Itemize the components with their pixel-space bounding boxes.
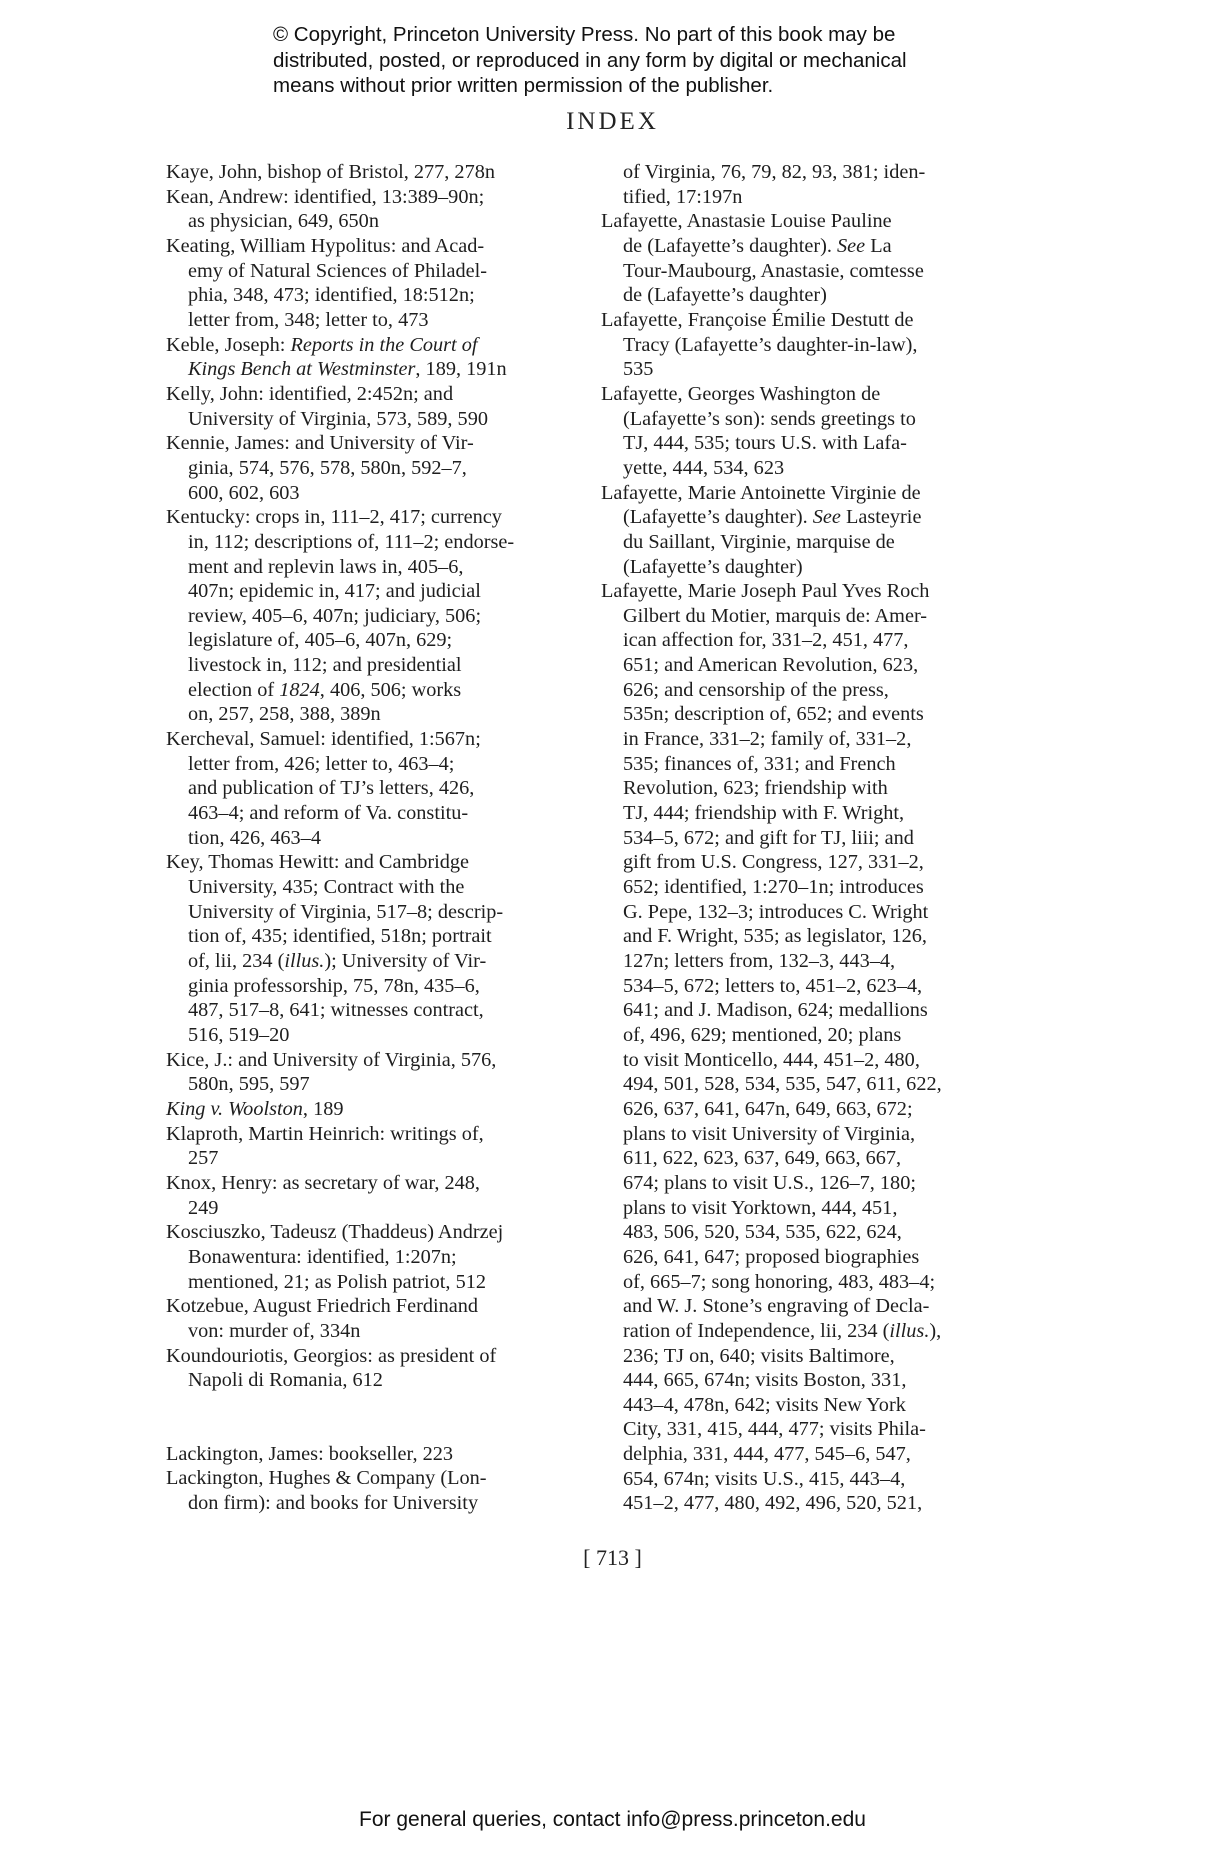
index-entry: Kaye, John, bishop of Bristol, 277, 278n [166,160,566,185]
index-entry-continuation-line: gift from U.S. Congress, 127, 331–2, [601,850,1011,875]
entry-text: 674; plans to visit U.S., 126–7, 180; [623,1172,916,1194]
index-entry-continuation-line: don firm): and books for University [166,1491,566,1516]
entry-text: 580n, 595, 597 [188,1073,310,1095]
entry-text: , 189, 191n [415,358,506,380]
index-entry-continuation-line: ginia, 574, 576, 578, 580n, 592–7, [166,456,566,481]
italic-text: illus. [889,1320,929,1342]
index-entry: Lackington, Hughes & Company (Lon-don fi… [166,1466,566,1515]
index-entry-heading-line: Lafayette, Georges Washington de [601,382,1011,407]
index-column-left: Kaye, John, bishop of Bristol, 277, 278n… [166,160,566,1516]
entry-text: Kean, Andrew: identified, 13:389–90n; [166,186,484,208]
index-entry-continuation-line: Tour-Maubourg, Anastasie, comtesse [601,259,1011,284]
entry-text: of, 665–7; song honoring, 483, 483–4; [623,1271,935,1293]
index-entry-continuation-line: and F. Wright, 535; as legislator, 126, [601,924,1011,949]
entry-text: City, 331, 415, 444, 477; visits Phila- [623,1418,926,1440]
index-entry: Kosciuszko, Tadeusz (Thaddeus) AndrzejBo… [166,1220,566,1294]
entry-text: yette, 444, 534, 623 [623,457,784,479]
index-entry-heading-line: Lafayette, Anastasie Louise Pauline [601,209,1011,234]
index-entry-continuation-line: G. Pepe, 132–3; introduces C. Wright [601,900,1011,925]
index-entry-continuation-line: of, lii, 234 (illus.); University of Vir… [166,949,566,974]
entry-text: emy of Natural Sciences of Philadel- [188,260,487,282]
italic-text: See [837,235,865,257]
index-entry: of Virginia, 76, 79, 82, 93, 381; iden-t… [601,160,1011,209]
index-entry-continuation-line: 487, 517–8, 641; witnesses contract, [166,998,566,1023]
index-entry: Lafayette, Marie Antoinette Virginie de(… [601,481,1011,580]
index-entry-continuation-line: 463–4; and reform of Va. constitu- [166,801,566,826]
entry-text: in France, 331–2; family of, 331–2, [623,728,911,750]
entry-text: of Virginia, 76, 79, 82, 93, 381; iden- [623,161,925,183]
index-entry-continuation-line: tion, 426, 463–4 [166,826,566,851]
index-entry-continuation-line: 626; and censorship of the press, [601,678,1011,703]
entry-text: and F. Wright, 535; as legislator, 126, [623,925,927,947]
entry-text: Keating, William Hypolitus: and Acad- [166,235,484,257]
index-entry-continuation-line: yette, 444, 534, 623 [601,456,1011,481]
entry-text: Bonawentura: identified, 1:207n; [188,1246,457,1268]
entry-text: gift from U.S. Congress, 127, 331–2, [623,851,924,873]
entry-text: tion, 426, 463–4 [188,827,321,849]
index-entry-heading-line: Lafayette, Marie Antoinette Virginie de [601,481,1011,506]
index-entry-continuation-line: phia, 348, 473; identified, 18:512n; [166,283,566,308]
entry-text: 534–5, 672; and gift for TJ, liii; and [623,827,914,849]
entry-text: Lafayette, Marie Antoinette Virginie de [601,482,921,504]
copyright-line: distributed, posted, or reproduced in an… [273,48,993,74]
index-entry-heading-line: Knox, Henry: as secretary of war, 248, [166,1171,566,1196]
entry-text: University, 435; Contract with the [188,876,464,898]
index-entry: Lackington, James: bookseller, 223 [166,1442,566,1467]
entry-text: Koundouriotis, Georgios: as president of [166,1345,496,1367]
index-entry-continuation-line: (Lafayette’s daughter) [601,555,1011,580]
index-entry-continuation-line: 674; plans to visit U.S., 126–7, 180; [601,1171,1011,1196]
entry-text: (Lafayette’s daughter). [623,506,813,528]
entry-text: ration of Independence, lii, 234 ( [623,1320,889,1342]
index-entry-heading-line: Lackington, Hughes & Company (Lon- [166,1466,566,1491]
index-entry-continuation-line: in France, 331–2; family of, 331–2, [601,727,1011,752]
entry-text: Kice, J.: and University of Virginia, 57… [166,1049,496,1071]
page-number: [ 713 ] [0,1545,1225,1571]
entry-text: 600, 602, 603 [188,482,300,504]
entry-text: Gilbert du Motier, marquis de: Amer- [623,605,927,627]
index-entry-continuation-line: as physician, 649, 650n [166,209,566,234]
index-column-right: of Virginia, 76, 79, 82, 93, 381; iden-t… [601,160,1011,1516]
entry-text: Kaye, John, bishop of Bristol, 277, 278n [166,161,495,183]
index-entry: Knox, Henry: as secretary of war, 248,24… [166,1171,566,1220]
index-entry-continuation-line: de (Lafayette’s daughter). See La [601,234,1011,259]
entry-text: 626; and censorship of the press, [623,679,889,701]
index-entry-continuation-line: 516, 519–20 [166,1023,566,1048]
entry-text: ), [929,1320,941,1342]
index-entry: Kentucky: crops in, 111–2, 417; currency… [166,505,566,727]
entry-text: TJ, 444, 535; tours U.S. with Lafa- [623,432,907,454]
index-entry-continuation-line: 651; and American Revolution, 623, [601,653,1011,678]
index-entry-continuation-line: ginia professorship, 75, 78n, 435–6, [166,974,566,999]
entry-text: Kosciuszko, Tadeusz (Thaddeus) Andrzej [166,1221,503,1243]
index-entry-continuation-line: TJ, 444; friendship with F. Wright, [601,801,1011,826]
index-entry-continuation-line: 654, 674n; visits U.S., 415, 443–4, [601,1467,1011,1492]
index-entry-continuation-line: University of Virginia, 573, 589, 590 [166,407,566,432]
entry-text: 516, 519–20 [188,1024,289,1046]
entry-text: Tracy (Lafayette’s daughter-in-law), [623,334,918,356]
entry-text: Lafayette, Anastasie Louise Pauline [601,210,892,232]
index-entry-continuation-line: Gilbert du Motier, marquis de: Amer- [601,604,1011,629]
index-entry-continuation-line: Revolution, 623; friendship with [601,776,1011,801]
index-entry-continuation-line: 535; finances of, 331; and French [601,752,1011,777]
index-entry-continuation-line: University of Virginia, 517–8; descrip- [166,900,566,925]
index-entry: Kean, Andrew: identified, 13:389–90n;as … [166,185,566,234]
index-entry-continuation-line: election of 1824, 406, 506; works [166,678,566,703]
index-entry-continuation-line: 127n; letters from, 132–3, 443–4, [601,949,1011,974]
entry-text: Lackington, Hughes & Company (Lon- [166,1467,487,1489]
index-entry-heading-line: Kelly, John: identified, 2:452n; and [166,382,566,407]
entry-text: Keble, Joseph: [166,334,290,356]
index-entry-continuation-line: delphia, 331, 444, 477, 545–6, 547, [601,1442,1011,1467]
entry-text: Napoli di Romania, 612 [188,1369,383,1391]
index-entry-continuation-line: Napoli di Romania, 612 [166,1368,566,1393]
index-entry-continuation-line: letter from, 348; letter to, 473 [166,308,566,333]
index-entry-heading-line: Koundouriotis, Georgios: as president of [166,1344,566,1369]
entry-text: Kotzebue, August Friedrich Ferdinand [166,1295,478,1317]
index-entry-continuation-line: (Lafayette’s daughter). See Lasteyrie [601,505,1011,530]
index-entry-continuation-line: 641; and J. Madison, 624; medallions [601,998,1011,1023]
index-entry: Keble, Joseph: Reports in the Court ofKi… [166,333,566,382]
copyright-notice: © Copyright, Princeton University Press.… [273,22,993,99]
index-entry-heading-line: Kennie, James: and University of Vir- [166,431,566,456]
copyright-line: means without prior written permission o… [273,73,993,99]
entry-text: 641; and J. Madison, 624; medallions [623,999,928,1021]
entry-text: 535; finances of, 331; and French [623,753,896,775]
index-entry-continuation-line: Tracy (Lafayette’s daughter-in-law), [601,333,1011,358]
entry-text: 451–2, 477, 480, 492, 496, 520, 521, [623,1492,922,1514]
italic-text: Kings Bench at Westminster [188,358,415,380]
entry-text: ment and replevin laws in, 405–6, [188,556,463,578]
index-entry-continuation-line: ican affection for, 331–2, 451, 477, [601,628,1011,653]
entry-text: 535 [623,358,653,380]
entry-text: 626, 641, 647; proposed biographies [623,1246,919,1268]
index-entry-continuation-line: de (Lafayette’s daughter) [601,283,1011,308]
entry-text: de (Lafayette’s daughter) [623,284,827,306]
entry-text: 463–4; and reform of Va. constitu- [188,802,468,824]
entry-text: ginia, 574, 576, 578, 580n, 592–7, [188,457,467,479]
entry-text: 127n; letters from, 132–3, 443–4, [623,950,895,972]
index-entry-continuation-line: Bonawentura: identified, 1:207n; [166,1245,566,1270]
index-entry-continuation-line: 535 [601,357,1011,382]
page-title: INDEX [0,108,1225,136]
index-entry: Keating, William Hypolitus: and Acad-emy… [166,234,566,333]
index-entry-heading-line: Klaproth, Martin Heinrich: writings of, [166,1122,566,1147]
entry-text: du Saillant, Virginie, marquise de [623,531,895,553]
index-entry: Kice, J.: and University of Virginia, 57… [166,1048,566,1097]
index-entry-continuation-line: 236; TJ on, 640; visits Baltimore, [601,1344,1011,1369]
entry-text: to visit Monticello, 444, 451–2, 480, [623,1049,920,1071]
entry-text: 236; TJ on, 640; visits Baltimore, [623,1345,895,1367]
entry-text: G. Pepe, 132–3; introduces C. Wright [623,901,928,923]
entry-text: tified, 17:197n [623,186,742,208]
italic-text: 1824 [279,679,320,701]
index-entry-continuation-line: 444, 665, 674n; visits Boston, 331, [601,1368,1011,1393]
index-entry-heading-line: Kercheval, Samuel: identified, 1:567n; [166,727,566,752]
index-entry-heading-line: Keating, William Hypolitus: and Acad- [166,234,566,259]
entry-text: Lafayette, Marie Joseph Paul Yves Roch [601,580,929,602]
italic-text: See [813,506,841,528]
entry-text: Klaproth, Martin Heinrich: writings of, [166,1123,484,1145]
entry-text: 535n; description of, 652; and events [623,703,924,725]
index-entry-continuation-line: City, 331, 415, 444, 477; visits Phila- [601,1417,1011,1442]
index-entry-continuation-line: 535n; description of, 652; and events [601,702,1011,727]
italic-text: Reports in the Court of [290,334,477,356]
index-entry: Key, Thomas Hewitt: and CambridgeUnivers… [166,850,566,1047]
entry-text: 483, 506, 520, 534, 535, 622, 624, [623,1221,902,1243]
entry-text: Knox, Henry: as secretary of war, 248, [166,1172,480,1194]
entry-text: University of Virginia, 517–8; descrip- [188,901,503,923]
index-entry-continuation-line: of, 665–7; song honoring, 483, 483–4; [601,1270,1011,1295]
entry-text: (Lafayette’s daughter) [623,556,803,578]
entry-text: La [865,235,891,257]
index-entry-heading-line: Kaye, John, bishop of Bristol, 277, 278n [166,160,566,185]
index-entry-continuation-line: of Virginia, 76, 79, 82, 93, 381; iden- [601,160,1011,185]
index-entry-continuation-line: 626, 641, 647; proposed biographies [601,1245,1011,1270]
index-entry-continuation-line: to visit Monticello, 444, 451–2, 480, [601,1048,1011,1073]
entry-text: Lafayette, Georges Washington de [601,383,880,405]
index-entry-continuation-line: tion of, 435; identified, 518n; portrait [166,924,566,949]
entry-text: 534–5, 672; letters to, 451–2, 623–4, [623,975,922,997]
entry-text: don firm): and books for University [188,1492,478,1514]
index-entry-continuation-line: 534–5, 672; and gift for TJ, liii; and [601,826,1011,851]
footer-contact: For general queries, contact info@press.… [0,1808,1225,1832]
index-entry-continuation-line: 257 [166,1146,566,1171]
index-entry-continuation-line: legislature of, 405–6, 407n, 629; [166,628,566,653]
index-entry: Kotzebue, August Friedrich Ferdinandvon:… [166,1294,566,1343]
entry-text: election of [188,679,279,701]
index-entry-heading-line: Kean, Andrew: identified, 13:389–90n; [166,185,566,210]
index-entry-continuation-line: on, 257, 258, 388, 389n [166,702,566,727]
entry-text: Kercheval, Samuel: identified, 1:567n; [166,728,481,750]
entry-text: and publication of TJ’s letters, 426, [188,777,474,799]
index-entry: Lafayette, Anastasie Louise Paulinede (L… [601,209,1011,308]
entry-text: ginia professorship, 75, 78n, 435–6, [188,975,480,997]
entry-text: 654, 674n; visits U.S., 415, 443–4, [623,1468,905,1490]
index-entry-continuation-line: TJ, 444, 535; tours U.S. with Lafa- [601,431,1011,456]
entry-text: letter from, 348; letter to, 473 [188,309,429,331]
index-entry-continuation-line: in, 112; descriptions of, 111–2; endorse… [166,530,566,555]
index-entry-continuation-line: du Saillant, Virginie, marquise de [601,530,1011,555]
entry-text: Lafayette, Françoise Émilie Destutt de [601,309,914,331]
index-entry-continuation-line: 626, 637, 641, 647n, 649, 663, 672; [601,1097,1011,1122]
index-entry-continuation-line: 611, 622, 623, 637, 649, 663, 667, [601,1146,1011,1171]
entry-text: mentioned, 21; as Polish patriot, 512 [188,1271,486,1293]
entry-text: delphia, 331, 444, 477, 545–6, 547, [623,1443,911,1465]
entry-text: 444, 665, 674n; visits Boston, 331, [623,1369,906,1391]
entry-text: de (Lafayette’s daughter). [623,235,837,257]
index-entry-continuation-line: and publication of TJ’s letters, 426, [166,776,566,801]
index-entry-heading-line: Lafayette, Marie Joseph Paul Yves Roch [601,579,1011,604]
index-entry-continuation-line: (Lafayette’s son): sends greetings to [601,407,1011,432]
entry-text: von: murder of, 334n [188,1320,360,1342]
index-entry-continuation-line: 494, 501, 528, 534, 535, 547, 611, 622, [601,1072,1011,1097]
index-entry: Kennie, James: and University of Vir-gin… [166,431,566,505]
entry-text: review, 405–6, 407n; judiciary, 506; [188,605,481,627]
entry-text: and W. J. Stone’s engraving of Decla- [623,1295,929,1317]
entry-text: on, 257, 258, 388, 389n [188,703,381,725]
entry-text: legislature of, 405–6, 407n, 629; [188,629,452,651]
entry-text: Kentucky: crops in, 111–2, 417; currency [166,506,502,528]
entry-text: tion of, 435; identified, 518n; portrait [188,925,492,947]
index-entry: Lafayette, Françoise Émilie Destutt deTr… [601,308,1011,382]
index-entry-heading-line: Key, Thomas Hewitt: and Cambridge [166,850,566,875]
entry-text: Revolution, 623; friendship with [623,777,888,799]
index-entry-continuation-line: letter from, 426; letter to, 463–4; [166,752,566,777]
index-entry-continuation-line: 407n; epidemic in, 417; and judicial [166,579,566,604]
entry-text: , 406, 506; works [320,679,461,701]
index-entry-continuation-line: emy of Natural Sciences of Philadel- [166,259,566,284]
entry-text: ); University of Vir- [324,950,486,972]
index-entry-continuation-line: 483, 506, 520, 534, 535, 622, 624, [601,1220,1011,1245]
index-entry-continuation-line: and W. J. Stone’s engraving of Decla- [601,1294,1011,1319]
index-entry-continuation-line: 580n, 595, 597 [166,1072,566,1097]
entry-text: Kennie, James: and University of Vir- [166,432,474,454]
entry-text: 257 [188,1147,218,1169]
index-entry-continuation-line: tified, 17:197n [601,185,1011,210]
entry-text: 443–4, 478n, 642; visits New York [623,1394,906,1416]
index-entry-continuation-line: of, 496, 629; mentioned, 20; plans [601,1023,1011,1048]
entry-text: 626, 637, 641, 647n, 649, 663, 672; [623,1098,913,1120]
index-entry-heading-line: King v. Woolston, 189 [166,1097,566,1122]
entry-text: plans to visit Yorktown, 444, 451, [623,1197,897,1219]
index-entry-continuation-line: 451–2, 477, 480, 492, 496, 520, 521, [601,1491,1011,1516]
entry-text: 651; and American Revolution, 623, [623,654,918,676]
index-entry-continuation-line: von: murder of, 334n [166,1319,566,1344]
entry-text: (Lafayette’s son): sends greetings to [623,408,916,430]
entry-text: 249 [188,1197,218,1219]
index-entry-continuation-line: mentioned, 21; as Polish patriot, 512 [166,1270,566,1295]
entry-text: as physician, 649, 650n [188,210,379,232]
entry-text: in, 112; descriptions of, 111–2; endorse… [188,531,514,553]
entry-text: plans to visit University of Virginia, [623,1123,915,1145]
index-entry: Kelly, John: identified, 2:452n; andUniv… [166,382,566,431]
index-entry-continuation-line: 534–5, 672; letters to, 451–2, 623–4, [601,974,1011,999]
index-entry-continuation-line: livestock in, 112; and presidential [166,653,566,678]
index-entry-heading-line: Lafayette, Françoise Émilie Destutt de [601,308,1011,333]
index-entry-continuation-line: Kings Bench at Westminster, 189, 191n [166,357,566,382]
index-entry-continuation-line: ration of Independence, lii, 234 (illus.… [601,1319,1011,1344]
index-entry-continuation-line: plans to visit Yorktown, 444, 451, [601,1196,1011,1221]
copyright-line: © Copyright, Princeton University Press.… [273,22,993,48]
index-entry-heading-line: Kosciuszko, Tadeusz (Thaddeus) Andrzej [166,1220,566,1245]
index-entry-heading-line: Keble, Joseph: Reports in the Court of [166,333,566,358]
index-entry-continuation-line: 443–4, 478n, 642; visits New York [601,1393,1011,1418]
index-entry-continuation-line: ment and replevin laws in, 405–6, [166,555,566,580]
italic-text: King v. Woolston [166,1098,303,1120]
entry-text: University of Virginia, 573, 589, 590 [188,408,488,430]
index-entry-continuation-line: 249 [166,1196,566,1221]
entry-text: 611, 622, 623, 637, 649, 663, 667, [623,1147,901,1169]
entry-text: 407n; epidemic in, 417; and judicial [188,580,481,602]
entry-text: Lackington, James: bookseller, 223 [166,1443,453,1465]
index-entry-continuation-line: 652; identified, 1:270–1n; introduces [601,875,1011,900]
index-entry: Lafayette, Georges Washington de(Lafayet… [601,382,1011,481]
index-entry-continuation-line: plans to visit University of Virginia, [601,1122,1011,1147]
index-entry-heading-line: Kentucky: crops in, 111–2, 417; currency [166,505,566,530]
index-entry: Lafayette, Marie Joseph Paul Yves RochGi… [601,579,1011,1516]
index-entry-continuation-line: 600, 602, 603 [166,481,566,506]
entry-text: letter from, 426; letter to, 463–4; [188,753,454,775]
index-entry-heading-line: Kotzebue, August Friedrich Ferdinand [166,1294,566,1319]
entry-text: livestock in, 112; and presidential [188,654,462,676]
index-entry-continuation-line: review, 405–6, 407n; judiciary, 506; [166,604,566,629]
entry-text: of, 496, 629; mentioned, 20; plans [623,1024,901,1046]
index-entry: King v. Woolston, 189 [166,1097,566,1122]
entry-text: ican affection for, 331–2, 451, 477, [623,629,909,651]
entry-text: , 189 [303,1098,344,1120]
index-entry: Klaproth, Martin Heinrich: writings of,2… [166,1122,566,1171]
entry-text: Kelly, John: identified, 2:452n; and [166,383,453,405]
entry-text: 494, 501, 528, 534, 535, 547, 611, 622, [623,1073,942,1095]
entry-text: Key, Thomas Hewitt: and Cambridge [166,851,469,873]
index-entry-heading-line: Kice, J.: and University of Virginia, 57… [166,1048,566,1073]
entry-text: 652; identified, 1:270–1n; introduces [623,876,924,898]
index-entry: Koundouriotis, Georgios: as president of… [166,1344,566,1393]
letter-section-gap [166,1393,566,1442]
entry-text: 487, 517–8, 641; witnesses contract, [188,999,484,1021]
index-entry-continuation-line: University, 435; Contract with the [166,875,566,900]
entry-text: Tour-Maubourg, Anastasie, comtesse [623,260,924,282]
entry-text: phia, 348, 473; identified, 18:512n; [188,284,475,306]
entry-text: Lasteyrie [841,506,922,528]
index-entry: Kercheval, Samuel: identified, 1:567n;le… [166,727,566,850]
entry-text: TJ, 444; friendship with F. Wright, [623,802,904,824]
entry-text: of, lii, 234 ( [188,950,284,972]
italic-text: illus. [284,950,324,972]
index-entry-heading-line: Lackington, James: bookseller, 223 [166,1442,566,1467]
